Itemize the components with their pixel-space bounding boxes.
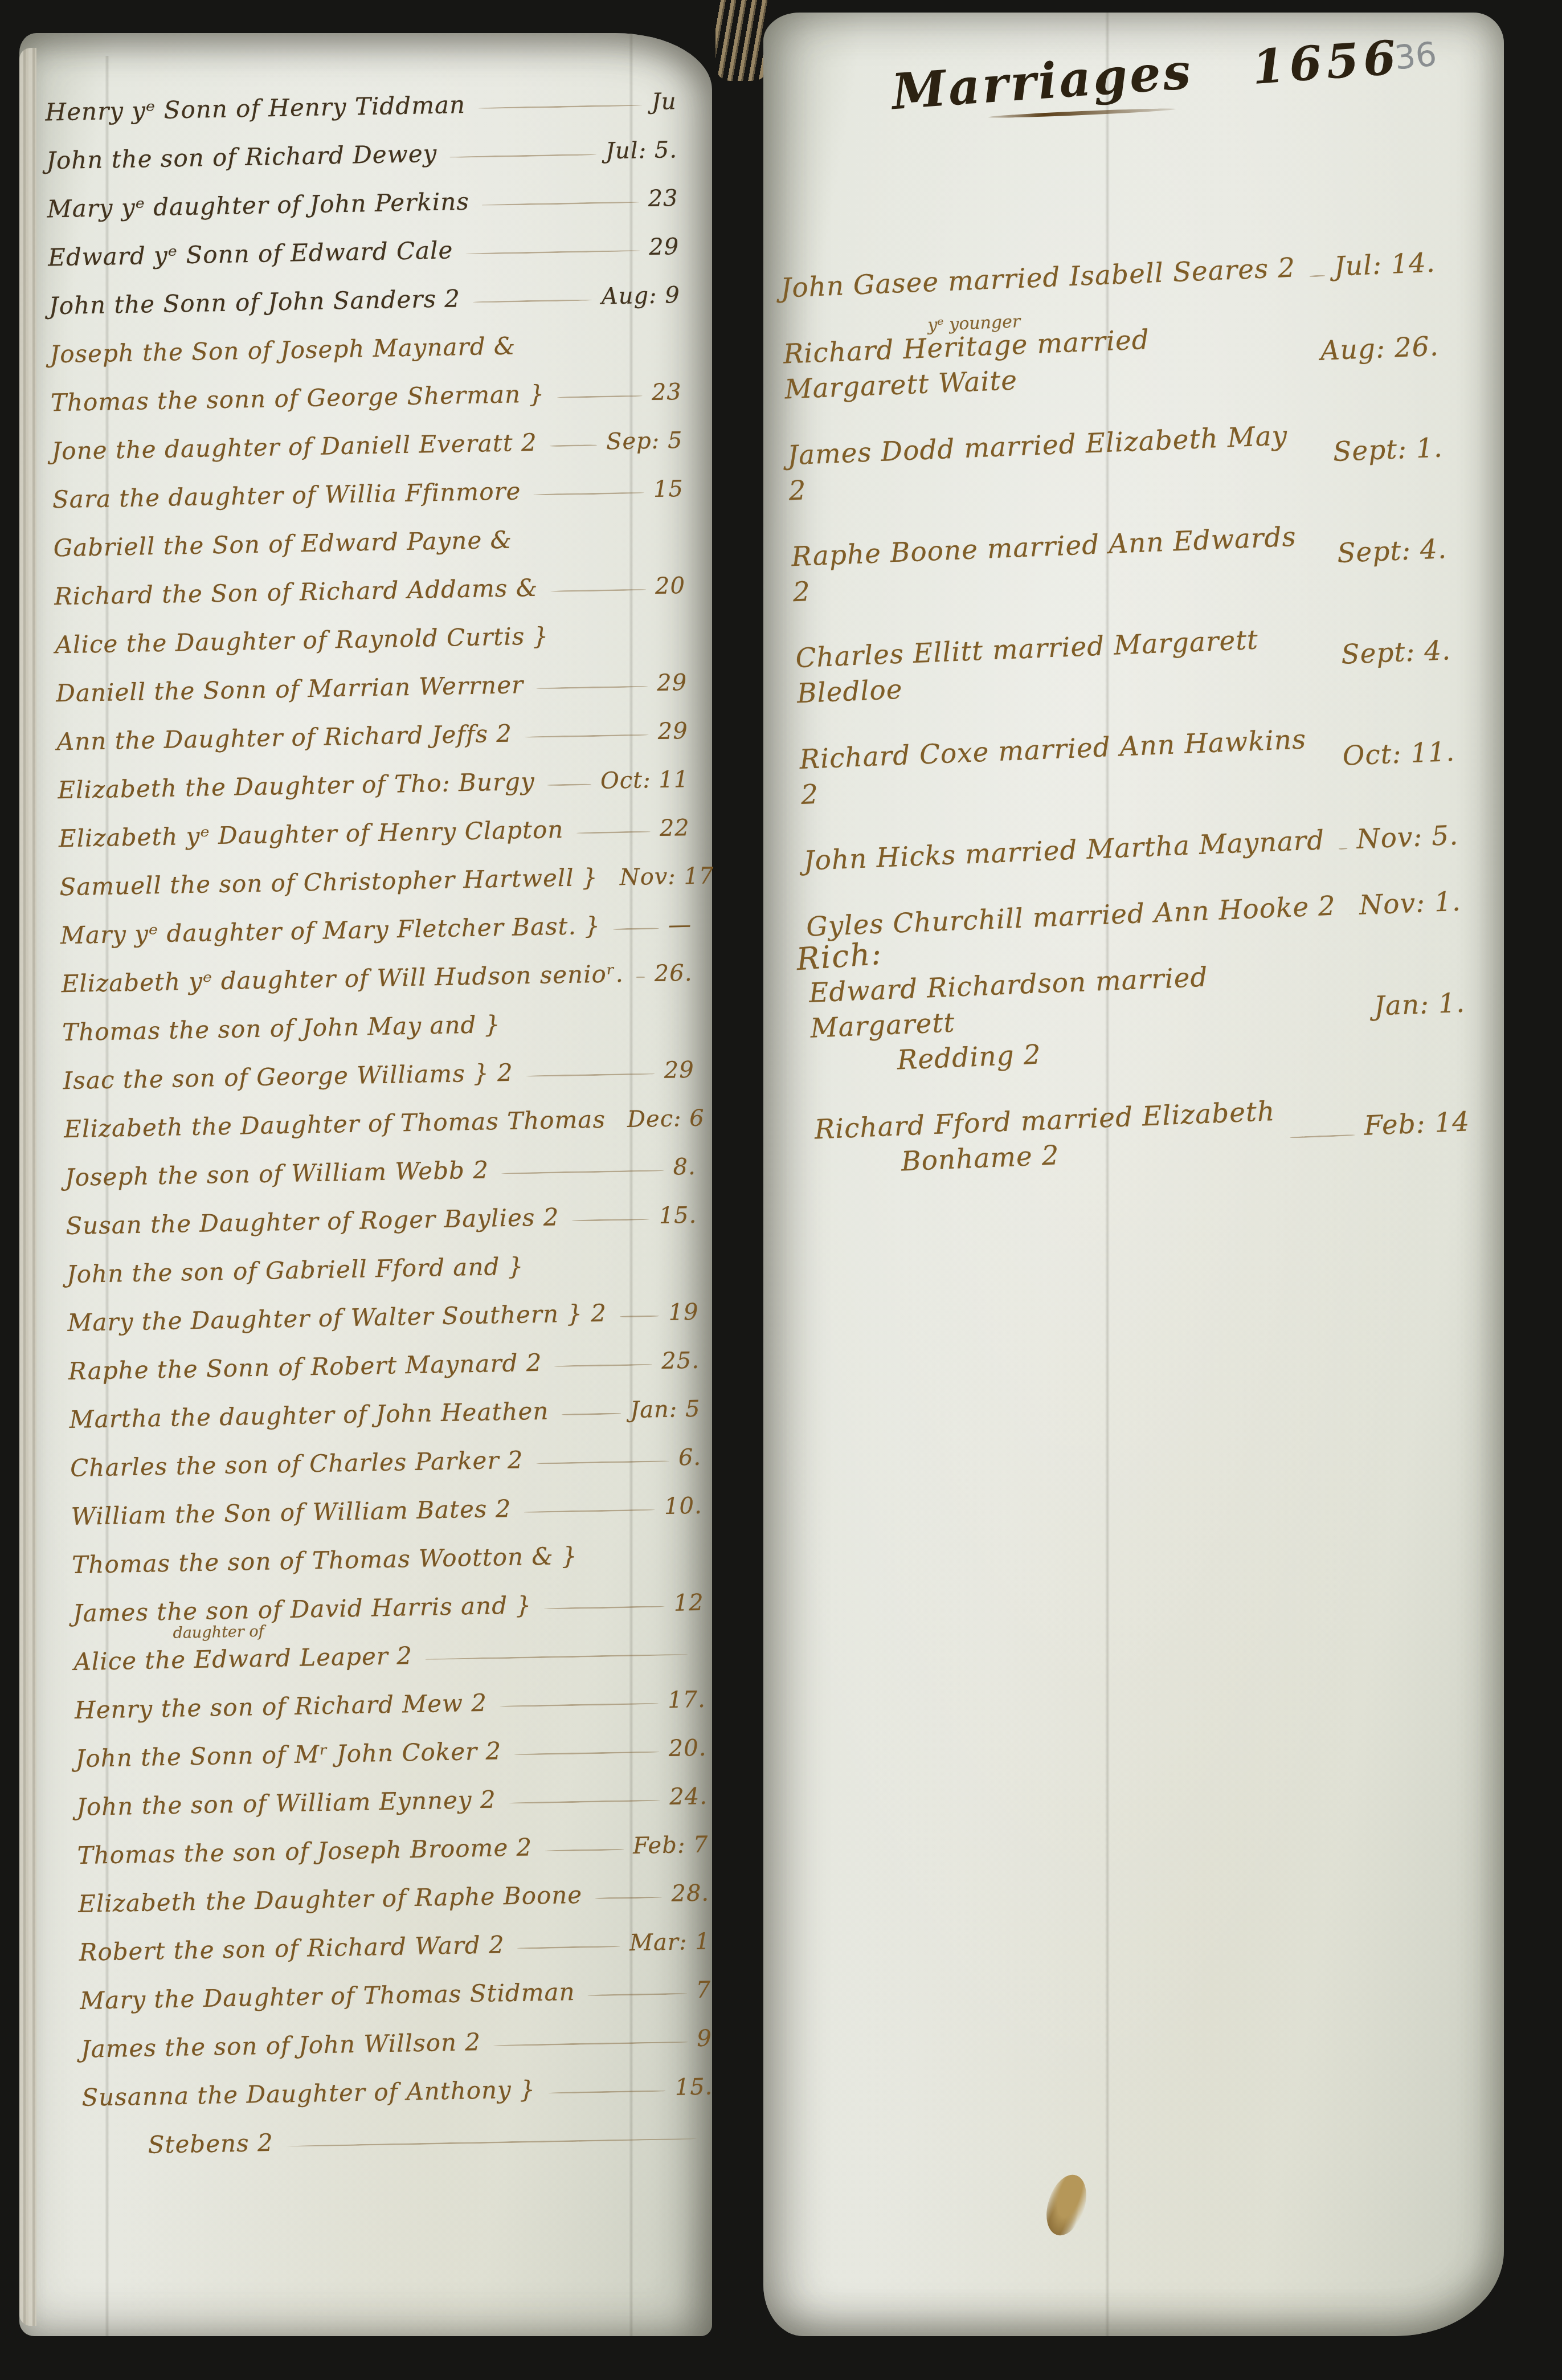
marriage-entry-date: Sept: 4. xyxy=(1336,533,1447,569)
baptism-entry-text: Joseph the son of William Webb 2 xyxy=(64,1156,489,1192)
baptism-entry-date: Feb: 7 xyxy=(633,1832,709,1859)
marriage-entry-date: Nov: 5. xyxy=(1356,819,1459,855)
entry-rule-line xyxy=(1309,275,1325,277)
marriage-entry-text: Gyles Churchill married Ann Hooke 2 xyxy=(805,889,1336,945)
marriage-entry: Edward Richardson married Margarett Redd… xyxy=(808,950,1467,1082)
baptism-entry-text: Susan the Daughter of Roger Baylies 2 xyxy=(66,1203,559,1240)
marriage-entry-lines: James Dodd married Elizabeth May 2 xyxy=(787,418,1312,509)
entry-rule-line xyxy=(555,1364,653,1367)
baptism-entry-text: John the Sonn of John Sanders 2 xyxy=(48,284,460,320)
entry-rule-line xyxy=(473,299,592,303)
baptism-entry-date: Mar: 1 xyxy=(629,1929,710,1957)
entry-rule-line xyxy=(548,2090,666,2094)
entry-rule-line xyxy=(493,2041,688,2046)
marriage-entry-date: Feb: 14 xyxy=(1364,1106,1471,1141)
baptism-entry-date: Sep: 5 xyxy=(606,427,683,455)
baptism-entry-text: Thomas the son of John May and } xyxy=(62,1010,501,1046)
baptism-entry-text: Ann the Daughter of Richard Jeffs 2 xyxy=(56,720,512,756)
baptism-entry-text: Stebens 2 xyxy=(83,2129,274,2160)
baptism-entry-date: — xyxy=(668,912,692,938)
baptism-entry-date: 29 xyxy=(649,234,680,260)
baptism-entry-text: James the son of John Willson 2 xyxy=(80,2028,481,2063)
baptism-entry-date: 15 xyxy=(653,476,684,503)
entry-rule-line xyxy=(544,1606,665,1610)
pencil-page-number: 36 xyxy=(1393,34,1439,77)
marriage-entry-date: Sept: 1. xyxy=(1332,432,1444,468)
marriage-entry-lines: John Gasee married Isabell Seares 2 xyxy=(780,250,1296,306)
year-label: 1656 xyxy=(1250,30,1402,95)
baptism-entry-text: Elizabeth the Daughter of Raphe Boone xyxy=(78,1881,583,1918)
baptism-entry-text: Elizabeth yᵉ Daughter of Henry Clapton xyxy=(59,815,564,852)
baptism-entry-text: Mary the Daughter of Walter Southern } 2 xyxy=(67,1299,607,1337)
entry-rule-line xyxy=(613,928,659,930)
marriage-entries-list: John Gasee married Isabell Seares 2 Jul:… xyxy=(780,245,1473,1214)
marriage-entry-lines: Charles Ellitt married Margarett Bledloe xyxy=(795,620,1320,712)
entry-rule-line xyxy=(286,2138,697,2147)
baptism-entry-date: 23 xyxy=(648,185,678,212)
marriage-entry-lines: Gyles Churchill married Ann Hooke 2 xyxy=(805,889,1336,945)
baptism-entry-date: 24. xyxy=(669,1783,708,1810)
entry-rule-line xyxy=(425,1654,688,1660)
marriage-entry-text: James Dodd married Elizabeth May 2 xyxy=(787,418,1312,509)
marriage-entry-text: Richard Heritage married Margarett Waite xyxy=(783,316,1299,407)
baptism-entry-text: Henry the son of Richard Mew 2 xyxy=(75,1689,488,1724)
marriage-entry: Raphe Boone married Ann Edwards 2 Sept: … xyxy=(791,513,1448,610)
baptism-entry-date: Dec: 6 xyxy=(627,1105,705,1133)
marriage-entry-text: John Gasee married Isabell Seares 2 xyxy=(780,250,1296,306)
marriage-entry-date: Jan: 1. xyxy=(1373,987,1466,1022)
marriage-entry-lines: Richard Heritage married Margarett Waite xyxy=(783,316,1299,407)
baptism-entry-text: Thomas the sonn of George Sherman } xyxy=(50,379,545,417)
entry-rule-line xyxy=(517,1945,620,1949)
entry-rule-line xyxy=(533,492,644,496)
entry-rule-line xyxy=(595,1896,662,1899)
marriage-entry-lines: Richard Coxe married Ann Hawkins 2 xyxy=(799,721,1321,813)
entry-rule-line xyxy=(588,1993,687,1996)
baptism-entries-list: Henry yᵉ Sonn of Henry Tiddman Ju John t… xyxy=(45,70,714,2163)
entry-rule-line xyxy=(619,1315,659,1317)
marriage-entry-text: Charles Ellitt married Margarett Bledloe xyxy=(795,620,1320,712)
baptism-entry-text: Elizabeth the Daughter of Tho: Burgy xyxy=(58,768,535,804)
entry-rule-line xyxy=(536,1460,669,1464)
baptism-entry-text: Thomas the son of Joseph Broome 2 xyxy=(77,1833,533,1869)
marriage-entry-date: Sept: 4. xyxy=(1340,635,1451,671)
baptism-entry-date xyxy=(697,1638,705,1664)
baptism-entry-date: 17. xyxy=(668,1687,706,1713)
baptism-entry-text: John the son of Richard Dewey xyxy=(46,140,437,175)
binding-threads xyxy=(715,0,768,81)
baptism-entry-text: Jone the daughter of Daniell Everatt 2 xyxy=(51,428,537,466)
marriage-entry-lines: John Hicks married Martha Maynard xyxy=(803,823,1326,879)
baptism-entry-text: William the Son of William Bates 2 xyxy=(71,1495,512,1530)
entry-rule-line xyxy=(1339,847,1348,850)
baptism-entry-text: Susanna the Daughter of Anthony } xyxy=(81,2075,535,2112)
baptism-entry-text: Henry yᵉ Sonn of Henry Tiddman xyxy=(45,91,465,126)
entry-rule-line xyxy=(526,1073,655,1077)
marriage-entry-date: Jul: 14. xyxy=(1334,247,1436,282)
right-page-marriages: Marriages1656 36 John Gasee married Isab… xyxy=(763,13,1504,2336)
baptism-entry-text: James the son of David Harris and } xyxy=(72,1591,531,1627)
interlinear-insertion: yᵉ younger xyxy=(927,312,1021,336)
entry-rule-line xyxy=(465,250,640,255)
baptism-entry-text: Joseph the Son of Joseph Maynard & xyxy=(50,332,516,368)
baptism-entry-date: 20. xyxy=(668,1735,706,1762)
entry-rule-line xyxy=(509,1799,661,1804)
baptism-entry-date: 9 xyxy=(697,2026,712,2052)
entry-rule-line xyxy=(550,589,646,592)
entry-rule-line xyxy=(500,1703,659,1707)
baptism-entry-date: 29 xyxy=(657,669,688,696)
entry-rule-line xyxy=(525,734,649,738)
entry-rule-line xyxy=(557,395,643,398)
entry-rule-line xyxy=(547,783,591,786)
entry-rule-line xyxy=(482,201,639,206)
marriage-entry-date: Oct: 11. xyxy=(1342,736,1455,771)
baptism-entry-text: Sara the daughter of Willia Ffinmore xyxy=(52,477,521,513)
baptism-entry-date: 12 xyxy=(673,1590,704,1616)
baptism-entry-date: Jan: 5 xyxy=(630,1396,701,1423)
entry-rule-line xyxy=(501,1170,664,1174)
entry-rule-line xyxy=(571,1218,649,1222)
marriage-entry: yᵉ younger Richard Heritage married Marg… xyxy=(783,311,1440,407)
marriage-entry: James Dodd married Elizabeth May 2 Sept:… xyxy=(787,412,1444,509)
entry-rule-line xyxy=(514,1751,660,1756)
baptism-entry-date: 19 xyxy=(668,1299,699,1326)
baptism-entry-date: 15. xyxy=(674,2074,713,2101)
baptism-entry-date: 29 xyxy=(664,1057,694,1084)
entry-rule-line xyxy=(1350,913,1350,915)
marriage-entry: Richard Coxe married Ann Hawkins 2 Oct: … xyxy=(799,716,1456,813)
marriage-entry: Richard Fford married Elizabeth Bonhame … xyxy=(814,1086,1471,1183)
baptism-entry-date: 25. xyxy=(661,1348,700,1374)
marriage-entry-text: Raphe Boone married Ann Edwards 2 xyxy=(791,519,1316,611)
baptism-entry-text: Thomas the son of Thomas Wootton & } xyxy=(72,1542,578,1579)
baptism-entry-text: Mary the Daughter of Thomas Stidman xyxy=(80,1978,575,2015)
entry-rule-line xyxy=(561,1413,621,1415)
marriage-entry-lines: Richard Fford married Elizabeth Bonhame … xyxy=(814,1094,1277,1183)
page-header: Marriages1656 xyxy=(890,28,1402,128)
entry-rule-line xyxy=(449,154,596,158)
baptism-entry-date: 23 xyxy=(651,379,682,406)
baptism-entry-date: 10. xyxy=(664,1493,702,1520)
baptism-entry-date: 20 xyxy=(655,573,686,599)
baptism-entry-date: 26. xyxy=(654,960,692,987)
baptism-entry-date: 28. xyxy=(671,1880,709,1907)
baptism-entry-text: John the Sonn of Mʳ John Coker 2 xyxy=(75,1737,502,1773)
baptism-entry-text: John the son of William Eynney 2 xyxy=(76,1785,496,1820)
ink-smudge xyxy=(1040,2170,1094,2240)
baptism-entry-text: Daniell the Sonn of Marrian Werrner xyxy=(56,671,524,707)
baptism-entry-date: 7 xyxy=(696,1977,711,2003)
baptism-entry-text: Robert the son of Richard Ward 2 xyxy=(79,1930,505,1966)
entry-rule-line xyxy=(478,104,643,109)
marriage-entry: Charles Ellitt married Margarett Bledloe… xyxy=(795,615,1452,712)
baptism-entry-text: Raphe the Sonn of Robert Maynard 2 xyxy=(68,1349,542,1385)
marriage-entry-date: Nov: 1. xyxy=(1359,885,1462,921)
marriage-entry-text: John Hicks married Martha Maynard xyxy=(803,823,1326,879)
baptism-entry-date: 29 xyxy=(657,718,688,745)
marriage-entry: John Hicks married Martha Maynard Nov: 5… xyxy=(803,818,1459,879)
marriage-entry-lines: Raphe Boone married Ann Edwards 2 xyxy=(791,519,1316,611)
baptism-entry-date: 6. xyxy=(678,1444,701,1471)
baptism-entry-text: Charles the son of Charles Parker 2 xyxy=(70,1446,524,1482)
entry-rule-line xyxy=(576,831,651,834)
baptism-entry-date: Ju xyxy=(651,88,677,115)
baptism-entry-text: Richard the Son of Richard Addams & xyxy=(54,574,538,611)
entry-rule-line xyxy=(550,444,597,447)
page-edge-stack xyxy=(19,48,36,2326)
baptism-entry-text: Mary yᵉ daughter of John Perkins xyxy=(47,187,469,223)
entry-rule-line xyxy=(524,1509,656,1513)
baptism-entry-date: 8. xyxy=(673,1154,696,1181)
baptism-entry-date: Oct: 11 xyxy=(600,766,689,794)
baptism-entry-date: Jul: 5. xyxy=(606,137,678,164)
baptism-entry-text: Alice the Edward Leaper 2 xyxy=(73,1642,412,1676)
baptism-entry-text: Edward yᵉ Sonn of Edward Cale xyxy=(48,236,453,271)
baptism-entry-text: John the son of Gabriell Fford and } xyxy=(67,1252,524,1288)
entry-rule-line xyxy=(1290,1134,1356,1138)
baptism-entry-date: Nov: 17 xyxy=(619,863,714,891)
baptism-entry-text: Samuell the son of Christopher Hartwell … xyxy=(59,863,598,901)
baptism-entry-date xyxy=(706,2122,714,2149)
entry-rule-line xyxy=(536,685,648,689)
interlinear-insertion: daughter of xyxy=(173,1623,264,1642)
baptism-entry-text: Martha the daughter of John Heathen xyxy=(69,1397,549,1434)
baptism-entry-date: 15. xyxy=(659,1202,697,1229)
marriage-entry-date: Aug: 26. xyxy=(1320,330,1440,366)
baptism-entry-text: Isac the son of George Williams } 2 xyxy=(63,1059,513,1095)
baptism-entry-date: Aug: 9 xyxy=(601,282,680,310)
baptism-entry-date: 22 xyxy=(659,815,690,842)
entry-rule-line xyxy=(636,976,645,978)
entry-rule-line xyxy=(545,1848,624,1852)
marriage-entry-text: Richard Coxe married Ann Hawkins 2 xyxy=(799,721,1321,813)
incomplete-entry-note: Rich: xyxy=(795,936,884,977)
baptism-entry-text: Gabriell the Son of Edward Payne & xyxy=(53,526,512,562)
marriage-entry-lines: Edward Richardson married Margarett Redd… xyxy=(808,954,1354,1082)
baptism-entry-text: Mary yᵉ daughter of Mary Fletcher Bast. … xyxy=(60,912,601,949)
baptism-entry-text: Alice the Daughter of Raynold Curtis } xyxy=(55,622,549,659)
baptism-entry-text: Elizabeth the Daughter of Thomas Thomas xyxy=(64,1105,606,1143)
parish-register-photograph: Henry yᵉ Sonn of Henry Tiddman Ju John t… xyxy=(0,0,1562,2380)
marriage-entry: Gyles Churchill married Ann Hooke 2 Nov:… xyxy=(805,884,1462,945)
left-page-baptisms: Henry yᵉ Sonn of Henry Tiddman Ju John t… xyxy=(19,33,712,2336)
